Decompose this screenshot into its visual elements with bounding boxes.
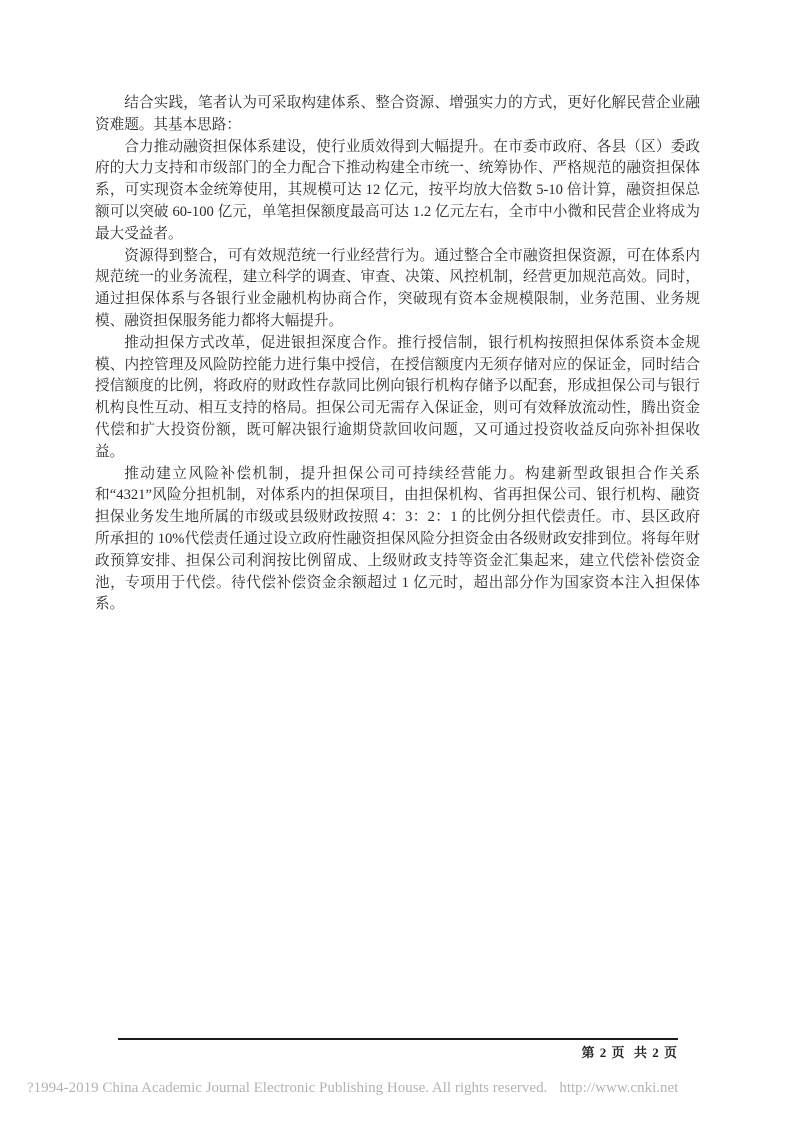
paragraph: 资源得到整合，可有效规范统一行业经营行为。通过整合全市融资担保资源，可在体系内规… — [95, 246, 700, 333]
watermark-url-text: http://www.cnki.net — [559, 1080, 678, 1097]
footer-divider — [118, 1038, 678, 1040]
article-body: 结合实践，笔者认为可采取构建体系、整合资源、增强实力的方式，更好化解民营企业融资… — [95, 93, 700, 616]
cnki-watermark: ?1994-2019 China Academic Journal Electr… — [27, 1080, 767, 1097]
paragraph: 推动担保方式改革，促进银担深度合作。推行授信制，银行机构按照担保体系资本金规模、… — [95, 333, 700, 464]
paragraph: 结合实践，笔者认为可采取构建体系、整合资源、增强实力的方式，更好化解民营企业融资… — [95, 93, 700, 137]
document-page: 结合实践，笔者认为可采取构建体系、整合资源、增强实力的方式，更好化解民营企业融资… — [0, 0, 793, 1122]
paragraph: 推动建立风险补偿机制，提升担保公司可持续经营能力。构建新型政银担合作关系和“43… — [95, 464, 700, 617]
page-number-indicator: 第 2 页 共 2 页 — [118, 1042, 678, 1061]
paragraph: 合力推动融资担保体系建设，使行业质效得到大幅提升。在市委市政府、各县（区）委政府… — [95, 137, 700, 246]
watermark-copyright-text: ?1994-2019 China Academic Journal Electr… — [27, 1080, 547, 1097]
